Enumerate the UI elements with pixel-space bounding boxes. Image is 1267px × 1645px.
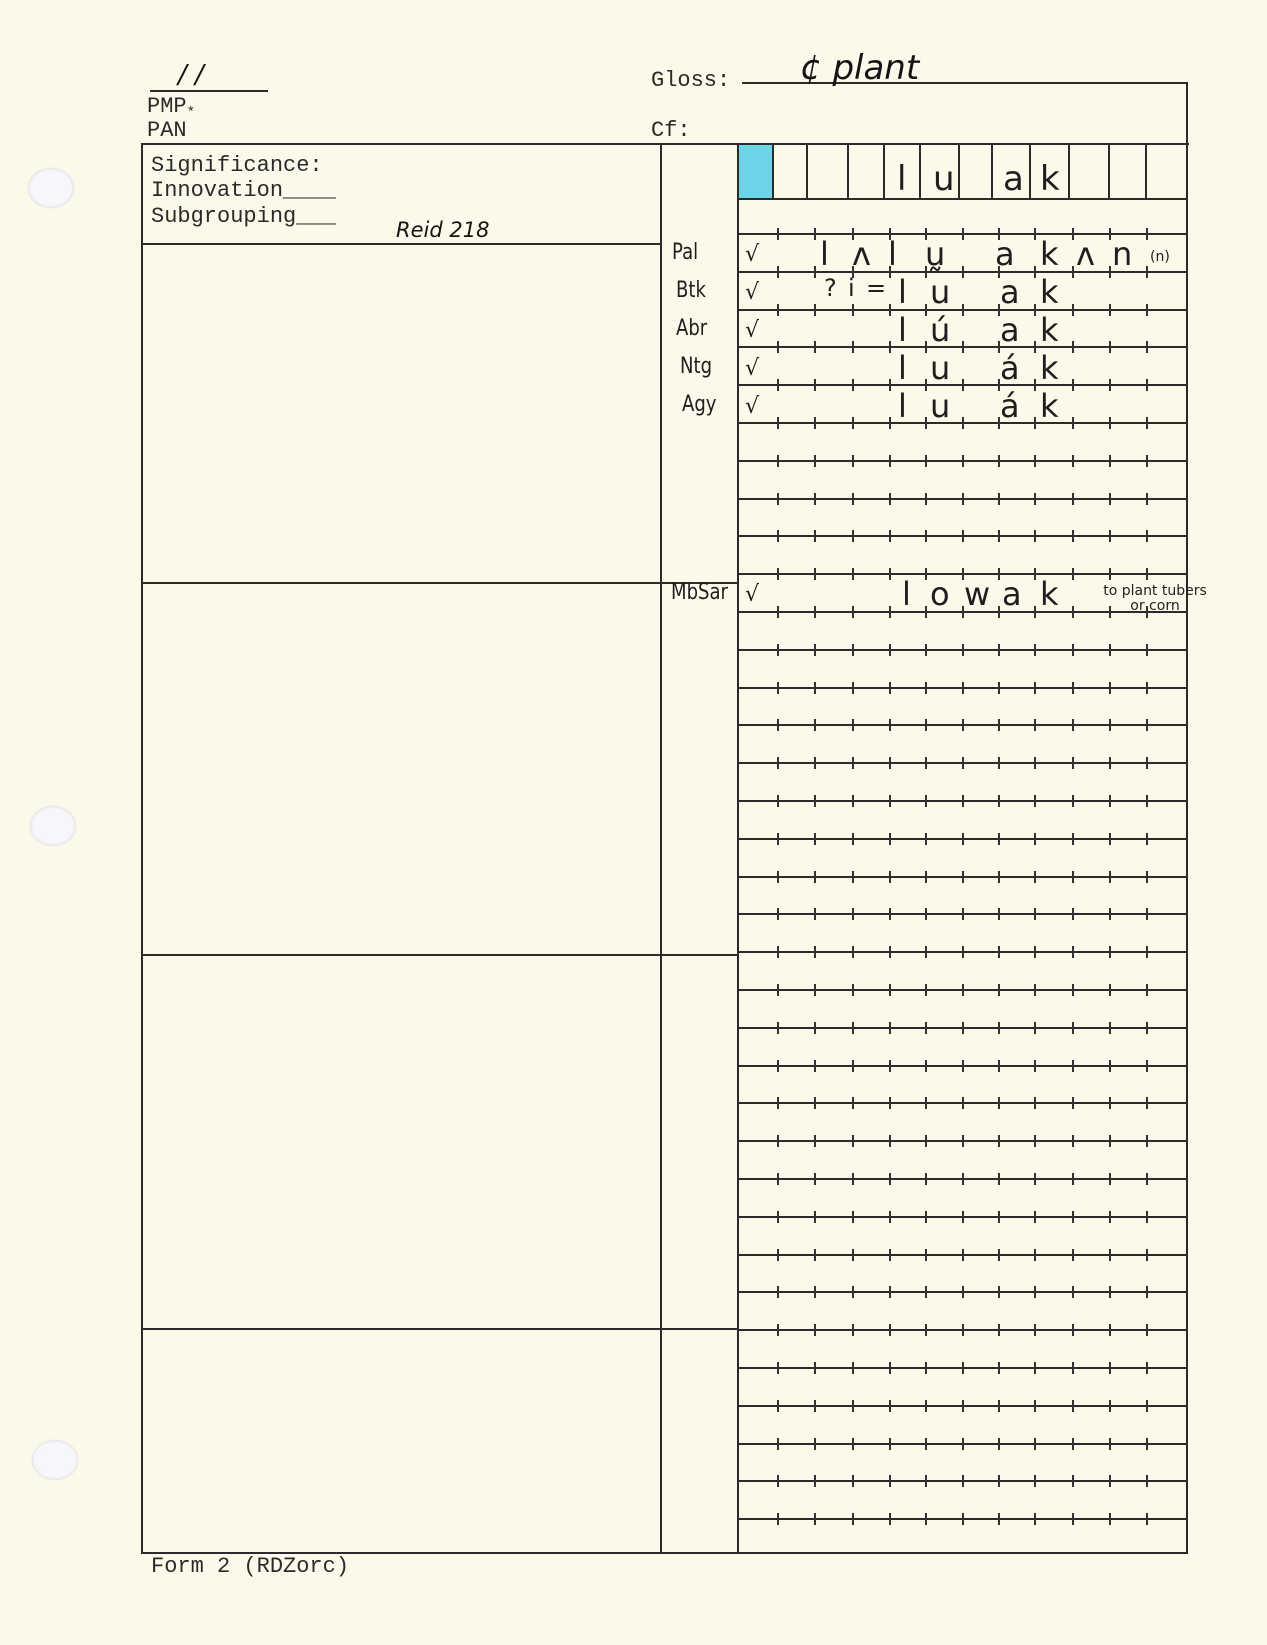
grid-tick [962, 379, 964, 391]
grid-tick [889, 1249, 891, 1261]
grid-tick [962, 1362, 964, 1374]
grid-tick [962, 1475, 964, 1487]
grid-tick [998, 795, 1000, 807]
grid-tick [889, 946, 891, 958]
grid-tick [1034, 379, 1036, 391]
grid-tick [777, 757, 779, 769]
reflex-segment: l [888, 238, 897, 270]
grid-tick [962, 644, 964, 656]
grid-tick [1034, 757, 1036, 769]
grid-tick [998, 1249, 1000, 1261]
check-mark-icon[interactable]: √ [745, 242, 759, 267]
grid-tick [1034, 530, 1036, 542]
grid-tick [889, 1438, 891, 1450]
grid-tick [1109, 1097, 1111, 1109]
grid-tick [1034, 908, 1036, 920]
grid-tick [1034, 228, 1036, 240]
grid-tick [889, 1211, 891, 1223]
grid-tick [962, 984, 964, 996]
grid-tick [962, 304, 964, 316]
grid-tick [889, 719, 891, 731]
grid-tick [998, 1438, 1000, 1450]
grid-tick [925, 1135, 927, 1147]
grid-tick [962, 1097, 964, 1109]
grid-tick [777, 493, 779, 505]
cf-label: Cf: [651, 120, 691, 142]
grid-tick [1034, 1135, 1036, 1147]
grid-tick [852, 1097, 854, 1109]
grid-tick [962, 341, 964, 353]
grid-tick [925, 341, 927, 353]
grid-tick [889, 1173, 891, 1185]
language-label-pal: Pal [672, 240, 698, 265]
grid-tick [1146, 1362, 1148, 1374]
grid-tick [1072, 1438, 1074, 1450]
reflex-segment: ʌ [852, 238, 871, 270]
grid-tick [777, 1249, 779, 1261]
grid-column-divider [847, 143, 849, 198]
grid-column-divider [806, 143, 808, 198]
grid-tick [1034, 1513, 1036, 1525]
grid-tick [777, 1438, 779, 1450]
grid-tick [1109, 1173, 1111, 1185]
grid-tick [1034, 719, 1036, 731]
grid-tick [1034, 493, 1036, 505]
grid-tick [1034, 266, 1036, 278]
grid-tick [998, 871, 1000, 883]
grid-tick [852, 1362, 854, 1374]
grid-tick [889, 1286, 891, 1298]
grid-tick [814, 908, 816, 920]
grid-tick [1109, 795, 1111, 807]
grid-tick [1109, 379, 1111, 391]
grid-tick [814, 719, 816, 731]
grid-tick [1146, 417, 1148, 429]
grid-tick [998, 1362, 1000, 1374]
grid-tick [998, 1475, 1000, 1487]
grid-tick [1146, 1022, 1148, 1034]
grid-tick [1146, 568, 1148, 580]
grid-tick [1034, 644, 1036, 656]
grid-tick [889, 379, 891, 391]
grid-tick [814, 644, 816, 656]
grid-tick [777, 266, 779, 278]
grid-tick [962, 455, 964, 467]
check-mark-icon[interactable]: √ [745, 582, 759, 607]
grid-tick [852, 417, 854, 429]
grid-tick [1072, 455, 1074, 467]
gloss-label: Gloss: [651, 70, 730, 92]
grid-tick [1072, 1022, 1074, 1034]
reflex-segment: (n) [1150, 250, 1170, 264]
grid-tick [925, 984, 927, 996]
cf-field[interactable] [700, 110, 1180, 136]
grid-tick [1109, 1286, 1111, 1298]
grid-tick [962, 266, 964, 278]
pmp-label: PMP* [147, 96, 195, 120]
reflex-segment: l [902, 578, 911, 610]
grid-tick [1034, 1097, 1036, 1109]
grid-tick [777, 1513, 779, 1525]
grid-tick [962, 682, 964, 694]
grid-tick [1109, 946, 1111, 958]
grid-tick [889, 1400, 891, 1412]
check-mark-icon[interactable]: √ [745, 280, 759, 305]
grid-column-divider [772, 143, 774, 198]
grid-tick [1109, 1475, 1111, 1487]
grid-tick [1146, 1173, 1148, 1185]
grid-tick [998, 984, 1000, 996]
grid-tick [1109, 984, 1111, 996]
grid-tick [998, 719, 1000, 731]
grid-tick [962, 493, 964, 505]
grid-tick [1034, 1211, 1036, 1223]
grid-tick [814, 228, 816, 240]
grid-tick [925, 908, 927, 920]
significance-title: Significance: [151, 155, 323, 177]
grid-tick [962, 1513, 964, 1525]
reflex-segment: ʌ [1076, 238, 1095, 270]
grid-tick [925, 795, 927, 807]
reflex-segment: l [898, 390, 907, 422]
grid-tick [998, 1022, 1000, 1034]
grid-tick [852, 304, 854, 316]
reflex-segment: u [930, 390, 950, 422]
grid-tick [925, 1324, 927, 1336]
grid-tick [852, 1438, 854, 1450]
gloss-value: ¢ plant [800, 48, 919, 88]
grid-tick [925, 1060, 927, 1072]
reflex-segment: ṵ [925, 238, 945, 270]
grid-tick [852, 1475, 854, 1487]
grid-tick [1146, 871, 1148, 883]
grid-tick [852, 1135, 854, 1147]
grid-tick [1072, 530, 1074, 542]
grid-tick [777, 228, 779, 240]
grid-tick [852, 455, 854, 467]
grid-tick [814, 1022, 816, 1034]
grid-tick [925, 606, 927, 618]
grid-tick [814, 1060, 816, 1072]
grid-tick [814, 1362, 816, 1374]
grid-column-divider [919, 143, 921, 198]
reflex-segment: k [1040, 578, 1059, 610]
grid-tick [1072, 1286, 1074, 1298]
grid-tick [1034, 455, 1036, 467]
innovation-field[interactable]: Innovation____ [151, 180, 336, 202]
grid-tick [998, 682, 1000, 694]
grid-tick [1072, 379, 1074, 391]
grid-tick [777, 833, 779, 845]
grid-tick [889, 833, 891, 845]
reflex-segment: l [898, 276, 907, 308]
grid-tick [814, 266, 816, 278]
grid-tick [1034, 1249, 1036, 1261]
grid-tick [998, 1324, 1000, 1336]
grid-tick [852, 1286, 854, 1298]
grid-tick [1146, 1513, 1148, 1525]
grid-tick [852, 1249, 854, 1261]
grid-tick [962, 1438, 964, 1450]
grid-column-divider [1068, 143, 1070, 198]
reference-note: Reid 218 [396, 218, 489, 242]
grid-tick [852, 1513, 854, 1525]
grid-tick [1072, 341, 1074, 353]
grid-tick [1146, 379, 1148, 391]
grid-tick [998, 493, 1000, 505]
grid-tick [1109, 1513, 1111, 1525]
grid-tick [1072, 719, 1074, 731]
grid-tick [889, 455, 891, 467]
grid-tick [777, 1286, 779, 1298]
grid-tick [814, 1513, 816, 1525]
grid-tick [777, 1324, 779, 1336]
grid-tick [852, 757, 854, 769]
grid-tick [777, 379, 779, 391]
grid-tick [962, 1022, 964, 1034]
grid-tick [962, 1324, 964, 1336]
grid-tick [814, 757, 816, 769]
check-mark-icon[interactable]: √ [745, 318, 759, 343]
grid-tick [814, 1211, 816, 1223]
grid-tick [925, 1475, 927, 1487]
grid-tick [777, 1022, 779, 1034]
recon-row-bottom [737, 198, 1187, 200]
grid-tick [1034, 304, 1036, 316]
reconstruction-segment: a [1003, 162, 1024, 196]
grid-tick [925, 568, 927, 580]
grid-tick [962, 1400, 964, 1412]
grid-tick [1072, 1513, 1074, 1525]
grid-tick [889, 1060, 891, 1072]
grid-tick [889, 984, 891, 996]
grid-tick [998, 1513, 1000, 1525]
grid-tick [998, 455, 1000, 467]
grid-tick [1109, 304, 1111, 316]
reconstruction-segment: k [1040, 162, 1060, 196]
grid-tick [814, 1400, 816, 1412]
grid-tick [925, 493, 927, 505]
highlight-cell [739, 145, 772, 198]
grid-tick [1072, 1135, 1074, 1147]
grid-tick [1034, 341, 1036, 353]
grid-tick [998, 1286, 1000, 1298]
grid-tick [889, 1324, 891, 1336]
reflex-segment: á [1000, 390, 1020, 422]
grid-tick [1109, 1362, 1111, 1374]
grid-tick [889, 530, 891, 542]
grid-tick [889, 757, 891, 769]
grid-tick [814, 568, 816, 580]
grid-tick [925, 304, 927, 316]
grid-tick [852, 1022, 854, 1034]
form-label: Form 2 (RDZorc) [151, 1556, 349, 1578]
grid-tick [1146, 530, 1148, 542]
grid-tick [814, 833, 816, 845]
date-field[interactable]: / / [150, 66, 268, 92]
grid-tick [1146, 1438, 1148, 1450]
grid-tick [962, 1135, 964, 1147]
grid-tick [1034, 833, 1036, 845]
language-label-btk: Btk [676, 278, 706, 303]
grid-tick [1146, 1475, 1148, 1487]
grid-tick [1146, 984, 1148, 996]
reconstruction-segment: l [897, 162, 906, 196]
grid-tick [1109, 871, 1111, 883]
binder-hole-top [28, 168, 74, 208]
grid-tick [814, 1324, 816, 1336]
grid-tick [777, 946, 779, 958]
grid-tick [925, 644, 927, 656]
language-label-agy: Agy [682, 392, 716, 417]
grid-tick [1146, 1324, 1148, 1336]
grid-tick [1109, 908, 1111, 920]
grid-tick [889, 568, 891, 580]
reflex-segment: u [930, 352, 950, 384]
grid-tick [1034, 1060, 1036, 1072]
grid-tick [1146, 1135, 1148, 1147]
grid-tick [1072, 1211, 1074, 1223]
grid-tick [852, 1173, 854, 1185]
grid-tick [777, 1060, 779, 1072]
grid-tick [814, 379, 816, 391]
grid-tick [1146, 1211, 1148, 1223]
grid-tick [852, 908, 854, 920]
grid-tick [889, 908, 891, 920]
grid-tick [777, 530, 779, 542]
grid-tick [814, 493, 816, 505]
grid-tick [1109, 1060, 1111, 1072]
grid-tick [1034, 946, 1036, 958]
grid-tick [1034, 1173, 1036, 1185]
pmp-asterisk: * [187, 105, 195, 121]
grid-tick [814, 341, 816, 353]
grid-tick [889, 644, 891, 656]
grid-tick [852, 1211, 854, 1223]
grid-tick [1072, 1249, 1074, 1261]
reflex-segment: l [820, 238, 829, 270]
pan-label: PAN [147, 120, 187, 142]
grid-tick [852, 795, 854, 807]
reflex-note: to plant tubers or corn [1100, 584, 1210, 614]
grid-tick [814, 682, 816, 694]
grid-tick [777, 644, 779, 656]
language-label-mbsar: MbSar [671, 580, 728, 605]
grid-tick [1034, 984, 1036, 996]
reflex-segment: a [1002, 578, 1022, 610]
reflex-segment: ú [930, 314, 950, 346]
grid-tick [1146, 1060, 1148, 1072]
grid-tick [777, 1173, 779, 1185]
grid-tick [777, 984, 779, 996]
grid-tick [1072, 1475, 1074, 1487]
grid-tick [777, 1135, 779, 1147]
subgrouping-field[interactable]: Subgrouping___ [151, 206, 336, 228]
grid-tick [1034, 1324, 1036, 1336]
grid-tick [1109, 757, 1111, 769]
grid-tick [814, 1475, 816, 1487]
grid-tick [852, 606, 854, 618]
grid-tick [852, 1324, 854, 1336]
grid-tick [889, 871, 891, 883]
grid-tick [777, 341, 779, 353]
grid-tick [925, 379, 927, 391]
grid-tick [962, 530, 964, 542]
grid-tick [962, 1211, 964, 1223]
reconstruction-segment: u [933, 162, 955, 196]
reflex-segment: a [995, 238, 1015, 270]
grid-tick [814, 1097, 816, 1109]
grid-tick [925, 871, 927, 883]
grid-column-divider [958, 143, 960, 198]
grid-tick [852, 984, 854, 996]
grid-tick [962, 1286, 964, 1298]
grid-tick [998, 757, 1000, 769]
grid-tick [1034, 417, 1036, 429]
grid-column-divider [1145, 143, 1147, 198]
grid-tick [889, 417, 891, 429]
grid-tick [1072, 871, 1074, 883]
grid-tick [925, 1400, 927, 1412]
grid-tick [1072, 1324, 1074, 1336]
grid-tick [889, 1135, 891, 1147]
reflex-segment: w [964, 578, 990, 610]
grid-tick [925, 455, 927, 467]
reflex-segment: k [1040, 276, 1059, 308]
grid-column-divider [1108, 143, 1110, 198]
reflex-segment: a [1000, 314, 1020, 346]
grid-tick [925, 1211, 927, 1223]
reflex-segment: k [1040, 352, 1059, 384]
grid-tick [962, 1249, 964, 1261]
grid-tick [1146, 1097, 1148, 1109]
grid-tick [998, 568, 1000, 580]
reflex-segment: i [848, 276, 855, 300]
grid-tick [777, 455, 779, 467]
grid-tick [925, 1173, 927, 1185]
grid-tick [1109, 493, 1111, 505]
grid-column-divider [1029, 143, 1031, 198]
check-mark-icon[interactable]: √ [745, 394, 759, 419]
grid-tick [962, 833, 964, 845]
grid-tick [1146, 833, 1148, 845]
grid-tick [777, 1362, 779, 1374]
grid-tick [889, 606, 891, 618]
grid-tick [889, 1097, 891, 1109]
grid-tick [925, 1438, 927, 1450]
grid-tick [1109, 833, 1111, 845]
grid-tick [1034, 1475, 1036, 1487]
language-label-ntg: Ntg [680, 354, 712, 379]
grid-tick [1072, 1060, 1074, 1072]
grid-tick [1072, 304, 1074, 316]
grid-tick [1146, 1400, 1148, 1412]
grid-tick [814, 1173, 816, 1185]
grid-tick [1072, 833, 1074, 845]
grid-tick [1109, 1438, 1111, 1450]
check-mark-icon[interactable]: √ [745, 356, 759, 381]
grid-tick [1034, 1400, 1036, 1412]
grid-tick [925, 719, 927, 731]
grid-tick [889, 1513, 891, 1525]
grid-tick [1072, 568, 1074, 580]
grid-tick [777, 1475, 779, 1487]
grid-tick [1109, 644, 1111, 656]
reflex-segment: á [1000, 352, 1020, 384]
grid-tick [814, 1135, 816, 1147]
grid-tick [1034, 1022, 1036, 1034]
grid-tick [925, 1513, 927, 1525]
